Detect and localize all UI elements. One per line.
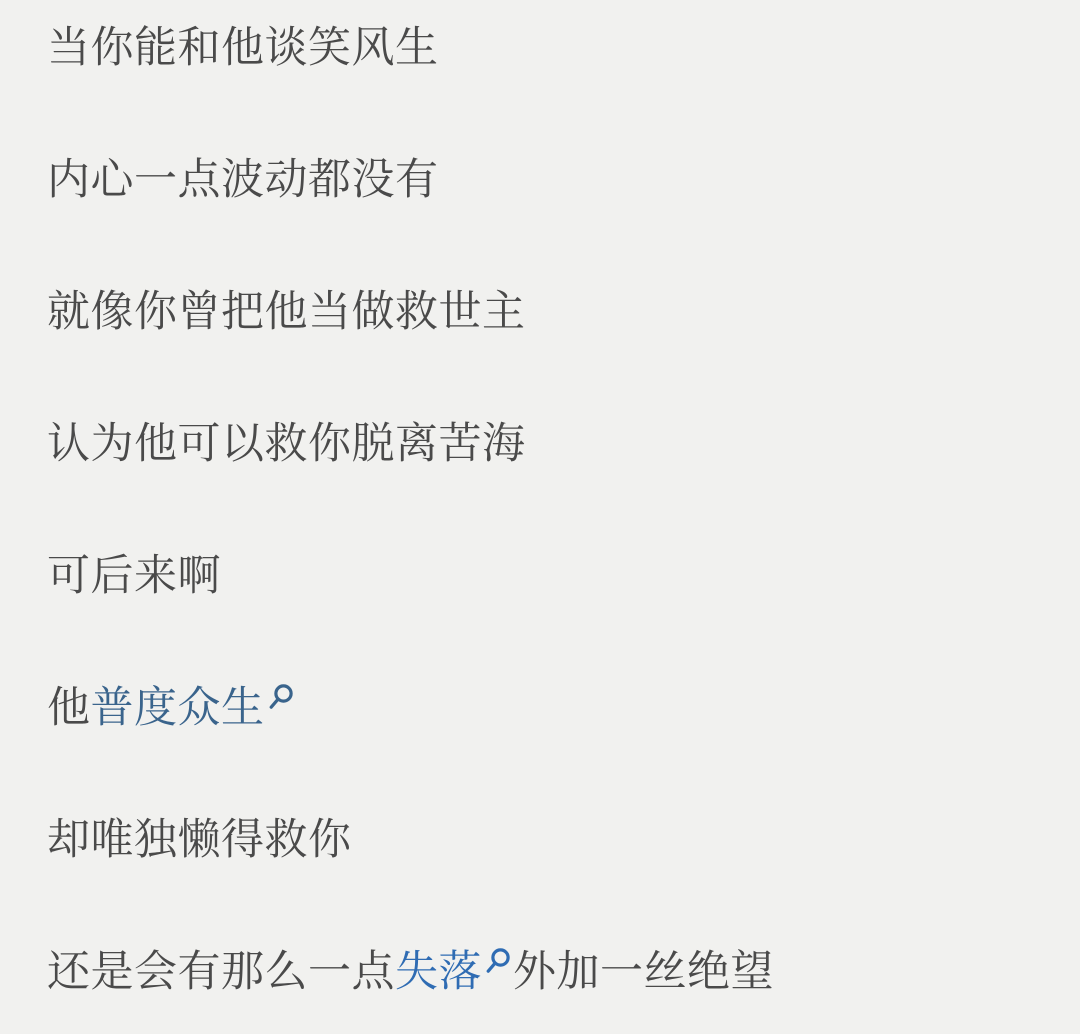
line-text: 可后来啊 <box>47 552 221 600</box>
text-line: 内心一点波动都没有 <box>47 158 1050 203</box>
line-text: 就像你曾把他当做救世主 <box>47 288 526 336</box>
line-text: 他 <box>47 684 91 732</box>
search-term-link[interactable]: 失落 <box>395 948 513 996</box>
line-text: 外加一丝绝望 <box>513 948 774 996</box>
line-text: 还是会有那么一点 <box>47 948 395 996</box>
text-line: 还是会有那么一点失落外加一丝绝望 <box>47 950 1050 995</box>
line-text: 当你能和他谈笑风生 <box>47 24 439 72</box>
text-line: 却唯独懒得救你 <box>47 818 1050 863</box>
search-term-text: 失落 <box>395 948 482 996</box>
text-line: 认为他可以救你脱离苦海 <box>47 422 1050 467</box>
text-line: 可后来啊 <box>47 554 1050 599</box>
search-icon <box>483 947 513 977</box>
line-text: 却唯独懒得救你 <box>47 816 352 864</box>
line-text: 内心一点波动都没有 <box>47 156 439 204</box>
page: 当你能和他谈笑风生 内心一点波动都没有 就像你曾把他当做救世主 认为他可以救你脱… <box>0 0 1080 1034</box>
text-line: 他普度众生 <box>47 686 1050 731</box>
text-line: 就像你曾把他当做救世主 <box>47 290 1050 335</box>
search-icon <box>266 683 296 713</box>
text-line: 当你能和他谈笑风生 <box>47 26 1050 71</box>
line-text: 认为他可以救你脱离苦海 <box>47 420 526 468</box>
search-term-text: 普度众生 <box>91 684 265 732</box>
search-term-link[interactable]: 普度众生 <box>91 684 296 732</box>
